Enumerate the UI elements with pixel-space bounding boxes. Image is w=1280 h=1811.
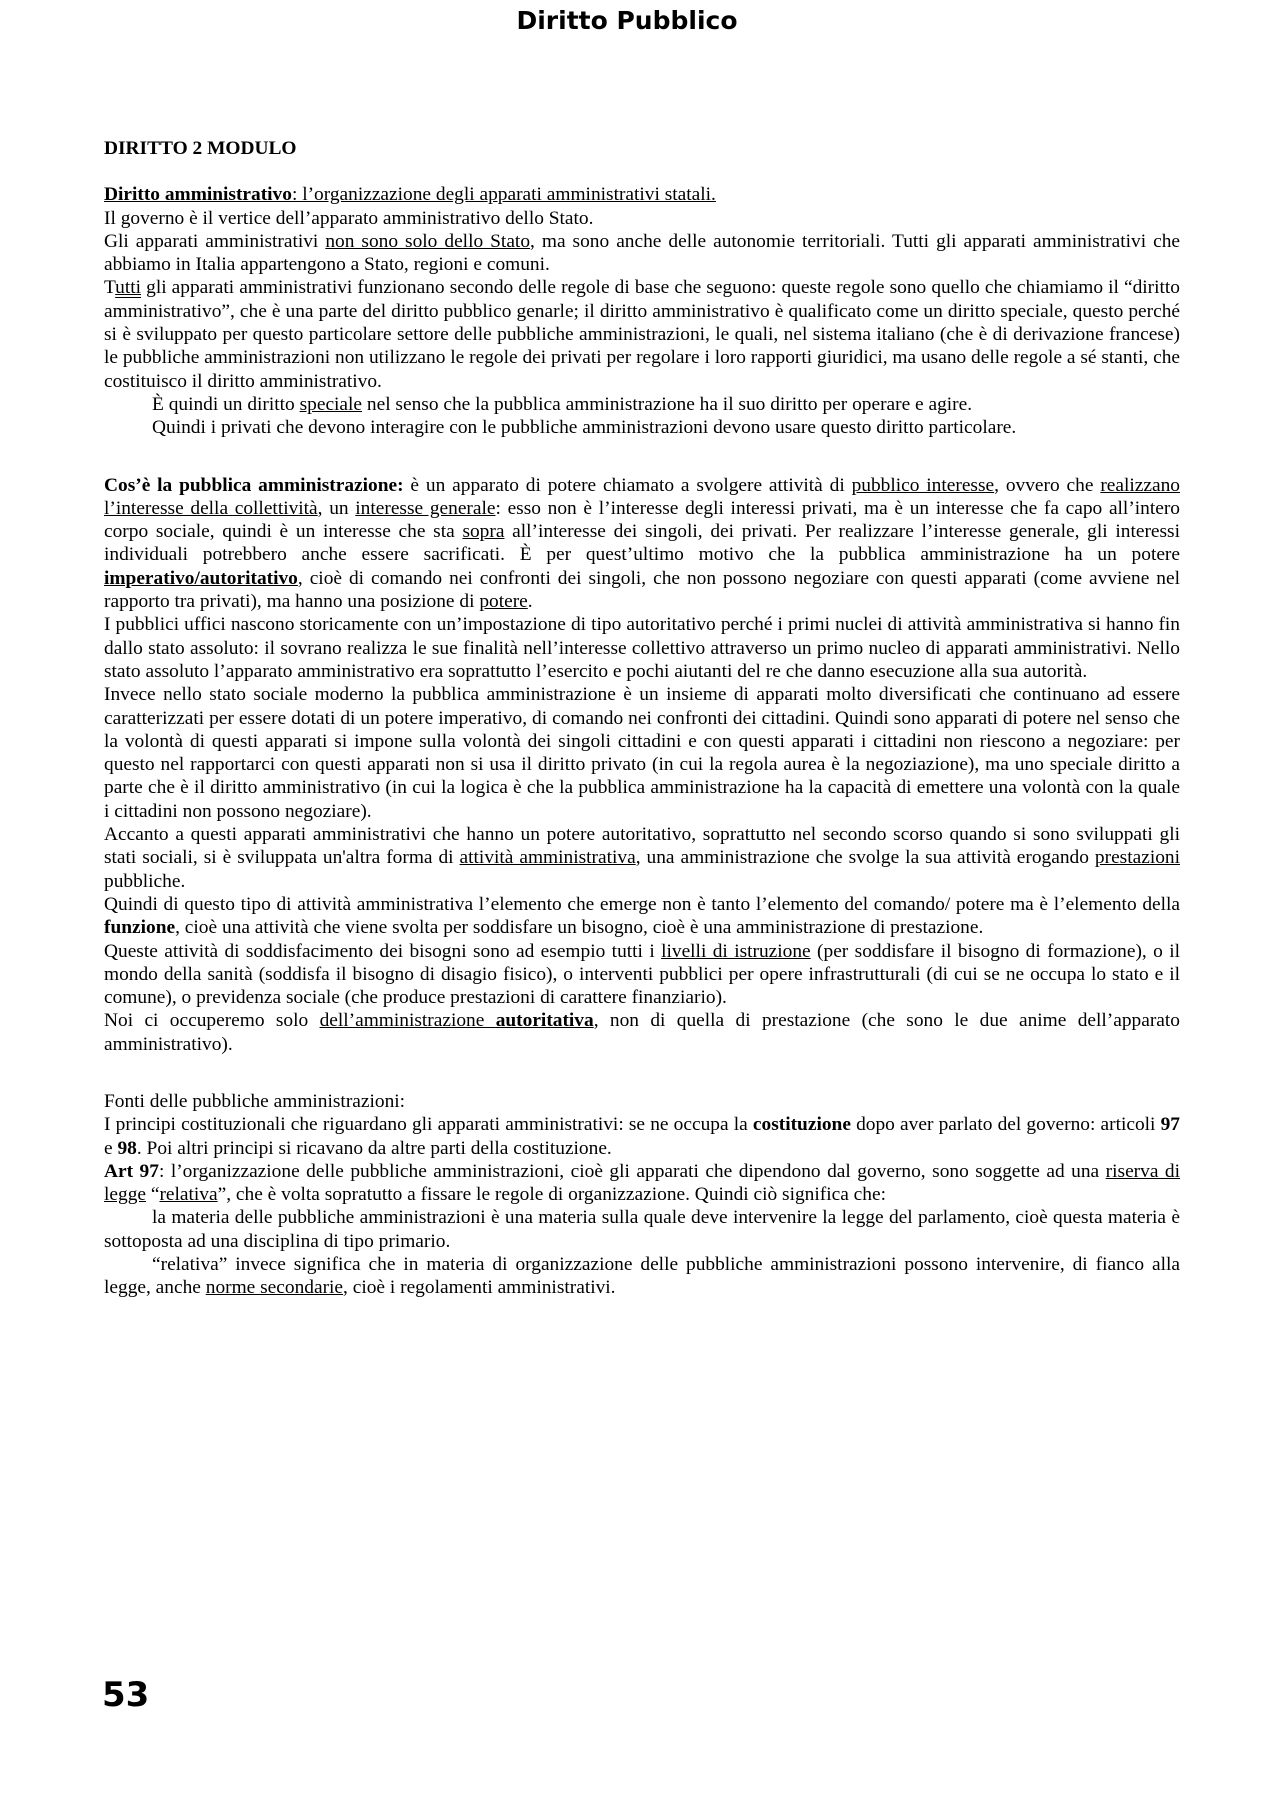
text-segment: T [104,277,115,298]
text-segment: e [104,1138,117,1159]
paragraph: Cos’è la pubblica amministrazione: è un … [104,474,1180,614]
text-segment: Queste attività di soddisfacimento dei b… [104,941,661,962]
text-segment: 97 [1161,1114,1180,1135]
text-segment: “ [146,1184,159,1205]
paragraphs-container: Diritto amministrativo: l’organizzazione… [104,183,1180,1299]
paragraph: Art 97: l’organizzazione delle pubbliche… [104,1160,1180,1207]
text-segment: Quindi i privati che devono interagire c… [152,417,1016,438]
text-segment: ”, che è volta sopratutto a fissare le r… [218,1184,886,1205]
text-segment: potere [479,591,527,612]
text-segment: relativa [159,1184,217,1205]
text-segment: È quindi un diritto [152,394,300,415]
text-segment: : l’organizzazione delle pubbliche ammin… [159,1161,1106,1182]
paragraph: I pubblici uffici nascono storicamente c… [104,613,1180,683]
text-segment: Fonti delle pubbliche amministrazioni: [104,1091,405,1112]
document-body: DIRITTO 2 MODULO Diritto amministrativo:… [104,137,1180,1300]
text-segment: Quindi di questo tipo di attività ammini… [104,894,1180,915]
text-segment: attività amministrativa [460,847,636,868]
text-segment: livelli di istruzione [661,941,811,962]
text-segment: nel senso che la pubblica amministrazion… [362,394,972,415]
text-segment: costituzione [753,1114,851,1135]
text-segment: non sono solo dello Stato [325,231,530,252]
text-segment: autoritativa [496,1010,594,1031]
text-segment: . [528,591,533,612]
text-segment: prestazioni [1095,847,1180,868]
paragraph: Gli apparati amministrativi non sono sol… [104,230,1180,277]
text-segment: sopra [462,521,504,542]
text-segment: , cioè una attività che viene svolta per… [175,917,983,938]
section-heading: DIRITTO 2 MODULO [104,137,1180,160]
text-segment: I pubblici uffici nascono storicamente c… [104,614,1180,682]
paragraph: Queste attività di soddisfacimento dei b… [104,940,1180,1010]
page-number: 53 [102,1678,149,1712]
text-segment: pubbliche. [104,871,185,892]
paragraph: Invece nello stato sociale moderno la pu… [104,683,1180,823]
text-segment: interesse generale [355,498,495,519]
paragraph: I principi costituzionali che riguardano… [104,1113,1180,1160]
text-segment: è un apparato di potere chiamato a svolg… [404,475,852,496]
text-segment: Art 97 [104,1161,159,1182]
text-segment: Il governo è il vertice dell’apparato am… [104,208,593,229]
paragraph: Tutti gli apparati amministrativi funzio… [104,276,1180,392]
paragraph: È quindi un diritto speciale nel senso c… [104,393,1180,416]
text-segment: Noi ci occuperemo solo [104,1010,320,1031]
text-segment: pubblico interesse [852,475,995,496]
document-page: Diritto Pubblico DIRITTO 2 MODULO Diritt… [0,0,1280,1811]
text-segment: speciale [300,394,362,415]
text-segment: 98 [117,1138,136,1159]
paragraph: Quindi i privati che devono interagire c… [104,416,1180,439]
text-segment: I principi costituzionali che riguardano… [104,1114,753,1135]
text-segment: , cioè i regolamenti amministrativi. [343,1277,615,1298]
text-segment: , ovvero che [994,475,1100,496]
text-segment: norme secondarie [206,1277,343,1298]
text-segment: la materia delle pubbliche amministrazio… [104,1207,1180,1251]
text-segment: gli apparati amministrativi funzionano s… [104,277,1180,391]
paragraph: “relativa” invece significa che in mater… [104,1253,1180,1300]
document-title: Diritto Pubblico [0,6,1254,35]
text-segment: , un [318,498,356,519]
text-segment: dopo aver parlato del governo: articoli [851,1114,1161,1135]
paragraph: la materia delle pubbliche amministrazio… [104,1206,1180,1253]
text-segment: dell’amministrazione [320,1010,496,1031]
paragraph: Accanto a questi apparati amministrativi… [104,823,1180,893]
text-segment: Cos’è la pubblica amministrazione: [104,475,404,496]
text-segment: Invece nello stato sociale moderno la pu… [104,684,1180,821]
text-segment: Gli apparati amministrativi [104,231,325,252]
text-segment: . Poi altri principi si ricavano da altr… [137,1138,612,1159]
text-segment: funzione [104,917,175,938]
paragraph: Diritto amministrativo: l’organizzazione… [104,183,1180,206]
text-segment: : l’organizzazione degli apparati ammini… [292,184,716,205]
text-segment: imperativo/autoritativo [104,568,298,589]
paragraph: Noi ci occuperemo solo dell’amministrazi… [104,1009,1180,1056]
paragraph: Il governo è il vertice dell’apparato am… [104,207,1180,230]
paragraph: Quindi di questo tipo di attività ammini… [104,893,1180,940]
text-segment: Diritto amministrativo [104,184,292,205]
text-segment: , una amministrazione che svolge la sua … [636,847,1095,868]
paragraph: Fonti delle pubbliche amministrazioni: [104,1090,1180,1113]
text-segment: utti [115,277,141,298]
